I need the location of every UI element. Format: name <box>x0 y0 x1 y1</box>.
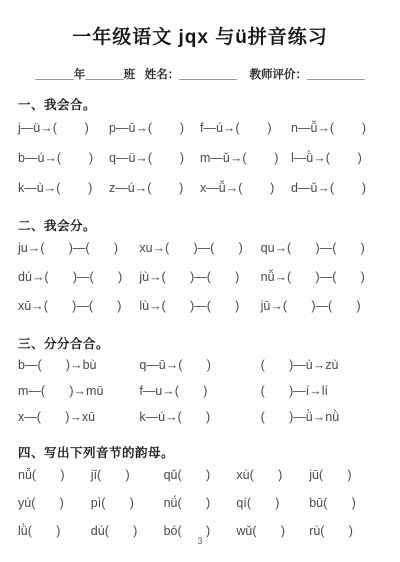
student-info-line: ______年______班 姓名：_________ 教师评价：_______… <box>18 66 382 82</box>
section-write-finals: 四、写出下列音节的韵母。 nǚ( ) jī( ) qǔ( ) xù( ) jū(… <box>18 443 382 545</box>
exercise-item: ( )—ù→zù <box>261 352 382 378</box>
exercise-item: n—ǚ→( ) <box>291 113 382 143</box>
exercise-item: m—( )→mū <box>18 378 139 404</box>
exercise-row: xū→( )—( ) lù→( )—( ) jū→( )—( ) <box>18 292 382 321</box>
exercise-item: k—ú→( ) <box>139 404 260 430</box>
exercise-item: dú→( )—( ) <box>18 263 139 292</box>
page-title: 一年级语文 jqx 与ü拼音练习 <box>18 22 382 49</box>
exercise-item: f—ú→( ) <box>200 113 291 143</box>
exercise-item: xū→( )—( ) <box>18 292 139 321</box>
exercise-row: j—ü→( ) p—ū→( ) f—ú→( ) n—ǚ→( ) <box>18 113 382 143</box>
exercise-row: nǚ( ) jī( ) qǔ( ) xù( ) jū( ) <box>18 461 382 489</box>
exercise-item: b—ú→( ) <box>18 143 109 173</box>
exercise-item: qu→( )—( ) <box>261 234 382 263</box>
exercise-item: xù( ) <box>236 461 309 489</box>
exercise-item: nǚ→( )—( ) <box>261 263 382 292</box>
exercise-row: b—( )→bù q—ū→( ) ( )—ù→zù <box>18 352 382 378</box>
exercise-item: d—ǔ→( ) <box>291 173 382 203</box>
exercise-item: x—( )→xū <box>18 404 139 430</box>
exercise-row: m—( )→mū f—u→( ) ( )—í→lí <box>18 378 382 404</box>
exercise-item: pì( ) <box>91 489 164 517</box>
exercise-row: b—ú→( ) q—ü→( ) m—ǔ→( ) l—ǜ→( ) <box>18 143 382 173</box>
exercise-item: l—ǜ→( ) <box>291 143 382 173</box>
section-header: 二、我会分。 <box>18 216 382 234</box>
exercise-item: jū→( )—( ) <box>261 292 382 321</box>
exercise-item: k—ù→( ) <box>18 173 109 203</box>
exercise-item: z—ú→( ) <box>109 173 200 203</box>
exercise-item: qí( ) <box>236 489 309 517</box>
exercise-item: ( )—í→lí <box>261 378 382 404</box>
exercise-item: m—ǔ→( ) <box>200 143 291 173</box>
exercise-item: jū( ) <box>309 461 382 489</box>
exercise-item: jī( ) <box>91 461 164 489</box>
exercise-row: dú→( )—( ) jù→( )—( ) nǚ→( )—( ) <box>18 263 382 292</box>
exercise-item: bū( ) <box>309 489 382 517</box>
exercise-item: f—u→( ) <box>139 378 260 404</box>
exercise-item: b—( )→bù <box>18 352 139 378</box>
exercise-item: p—ū→( ) <box>109 113 200 143</box>
exercise-item: j—ü→( ) <box>18 113 109 143</box>
exercise-item: xu→( )—( ) <box>139 234 260 263</box>
exercise-item: x—ǚ→( ) <box>200 173 291 203</box>
section-combine: 一、我会合。 j—ü→( ) p—ū→( ) f—ú→( ) n—ǚ→( ) b… <box>18 95 382 203</box>
exercise-item: q—ū→( ) <box>139 352 260 378</box>
exercise-item: ju→( )—( ) <box>18 234 139 263</box>
exercise-row: x—( )→xū k—ú→( ) ( )—ǜ→nǜ <box>18 404 382 430</box>
exercise-item: jù→( )—( ) <box>139 263 260 292</box>
section-header: 四、写出下列音节的韵母。 <box>18 443 382 461</box>
exercise-item: nǚ( ) <box>18 461 91 489</box>
section-split: 二、我会分。 ju→( )—( ) xu→( )—( ) qu→( )—( ) … <box>18 216 382 321</box>
page-number: 3 <box>0 536 400 546</box>
exercise-row: k—ù→( ) z—ú→( ) x—ǚ→( ) d—ǔ→( ) <box>18 173 382 203</box>
section-header: 一、我会合。 <box>18 95 382 113</box>
exercise-row: yú( ) pì( ) nǘ( ) qí( ) bū( ) <box>18 489 382 517</box>
exercise-item: nǘ( ) <box>164 489 237 517</box>
section-split-combine: 三、分分合合。 b—( )→bù q—ū→( ) ( )—ù→zù m—( )→… <box>18 334 382 430</box>
worksheet-page: 一年级语文 jqx 与ü拼音练习 ______年______班 姓名：_____… <box>0 0 400 562</box>
exercise-item: ( )—ǜ→nǜ <box>261 404 382 430</box>
exercise-item: q—ü→( ) <box>109 143 200 173</box>
exercise-row: ju→( )—( ) xu→( )—( ) qu→( )—( ) <box>18 234 382 263</box>
exercise-item: yú( ) <box>18 489 91 517</box>
exercise-item: lù→( )—( ) <box>139 292 260 321</box>
exercise-item: qǔ( ) <box>164 461 237 489</box>
section-header: 三、分分合合。 <box>18 334 382 352</box>
